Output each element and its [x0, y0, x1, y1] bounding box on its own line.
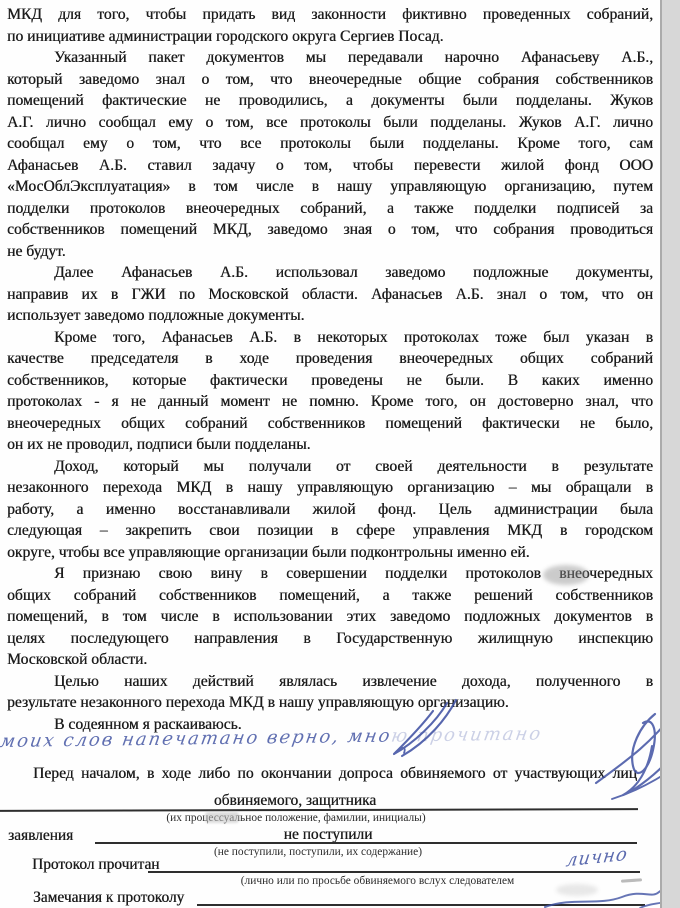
participants-value: обвиняемого, защитника — [0, 792, 590, 810]
document-body: МКД для того, чтобы придать вид законнос… — [7, 4, 653, 735]
body-line: Кроме того, Афанасьев А.Б. в некоторых п… — [7, 327, 653, 349]
statements-label: заявления — [8, 827, 73, 845]
remarks-label: Замечания к протоколу — [33, 889, 184, 907]
handwritten-attestation-faded: ю прочитано — [390, 723, 544, 746]
body-line: собственников помещений МКД, заведомо зн… — [7, 219, 653, 241]
statements-rule — [95, 842, 637, 844]
body-line: Целью наших действий являлась извлечение… — [7, 671, 653, 693]
protocol-read-rule — [148, 871, 640, 873]
body-line: использует заведомо подложные документы. — [7, 305, 653, 327]
body-line: А.Г. лично сообщал ему о том, все проток… — [7, 112, 653, 134]
body-line: Указанный пакет документов мы передавали… — [7, 47, 653, 69]
scan-dash — [621, 878, 642, 882]
body-line: Московской области. — [7, 649, 653, 671]
scan-smudge — [543, 565, 589, 585]
body-line: помещений фактические не проводились, а … — [7, 90, 653, 112]
body-line: Афанасьев А.Б. ставил задачу о том, чтоб… — [7, 155, 653, 177]
closing-line: Перед началом, в ходе либо по окончании … — [33, 765, 637, 783]
body-line: он их не проводил, подписи были подделан… — [7, 434, 653, 456]
body-line: незаконного перехода МКД в нашу управляю… — [7, 477, 653, 499]
body-line: МКД для того, чтобы придать вид законнос… — [7, 4, 653, 26]
body-line: сообщал ему о том, что все протоколы был… — [7, 133, 653, 155]
body-line: результате незаконного перехода МКД в на… — [7, 692, 653, 714]
handwritten-attestation-visible: моих слов напечатано верно, мно — [0, 726, 393, 753]
protocol-read-label: Протокол прочитан — [32, 856, 159, 874]
participants-caption: (их процессуальное положение, фамилии, и… — [0, 812, 592, 824]
body-line: качестве председателя в ходе проведения … — [7, 348, 653, 370]
body-line: протоколах - я не данный момент не помню… — [7, 391, 653, 413]
body-line: внеочередных общих собраний собственнико… — [7, 413, 653, 435]
body-line: Доход, который мы получали от своей деят… — [7, 456, 653, 478]
scan-smudge — [556, 884, 598, 896]
body-line: Далее Афанасьев А.Б. использовал заведом… — [7, 262, 653, 284]
body-line: подделки протоколов внеочередных собрани… — [7, 198, 653, 220]
body-line: следующая – закрепить свои позиции в сфе… — [7, 520, 653, 542]
body-line: целях последующего направления в Государ… — [7, 628, 653, 650]
remarks-rule — [197, 904, 645, 906]
body-line: округе, чтобы все управляющие организаци… — [7, 542, 653, 564]
body-line: помещений, в том числе в использовании э… — [7, 606, 653, 628]
scan-edge — [660, 0, 680, 908]
body-line: «МосОблЭксплуатация» в том числе в нашу … — [7, 176, 653, 198]
handwritten-protocol-read: лично — [565, 844, 630, 872]
body-line: собственников, которые фактически провед… — [7, 370, 653, 392]
scanned-document-page: МКД для того, чтобы придать вид законнос… — [0, 0, 680, 908]
body-line: работу, а именно восстанавливали жилой ф… — [7, 499, 653, 521]
body-line: по инициативе администрации городского о… — [7, 26, 653, 48]
protocol-read-caption: (лично или по просьбе обвиняемого вслух … — [145, 875, 610, 887]
body-line: направив их в ГЖИ по Московской области.… — [7, 284, 653, 306]
scan-smudge — [205, 812, 239, 823]
body-line: который заведомо знал о том, что внеочер… — [7, 69, 653, 91]
body-line: общих собраний собственников помещений, … — [7, 585, 653, 607]
body-line: не будут. — [7, 241, 653, 263]
